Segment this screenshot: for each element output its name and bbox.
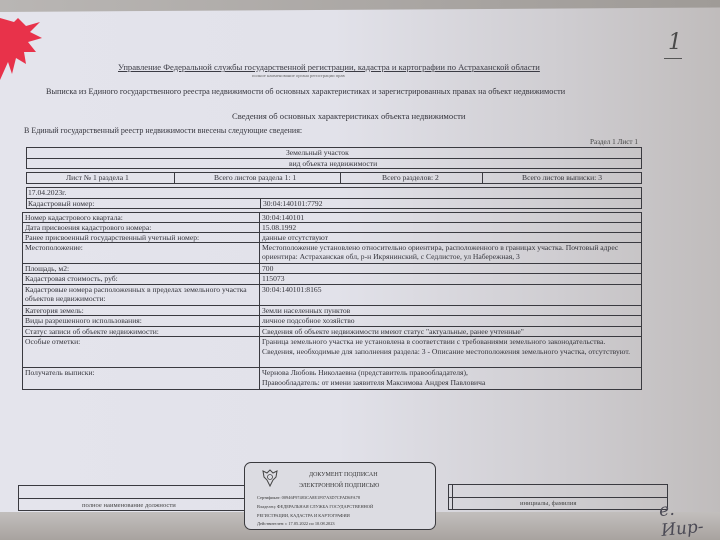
row-label: Дата присвоения кадастрового номера: [25,223,151,232]
extract-date: 17.04.2023г. [28,188,66,197]
stamp-title: ДОКУМЕНТ ПОДПИСАН [309,472,378,478]
position-caption: полное наименование должности [82,502,176,509]
stamp-owner-2: РЕГИСТРАЦИИ, КАДАСТРА И КАРТОГРАФИИ [257,513,350,518]
row-label: Виды разрешенного использования: [25,316,142,325]
row-value: 30:04:140101:8165 [262,285,322,294]
row-label: Кадастровые номера расположенных в преде… [25,285,250,303]
handwritten-note: е. Иир- [658,495,720,540]
row-value: 15.08.1992 [262,223,296,232]
row-value: данные отсутствуют [262,233,328,242]
row-value: 115073 [262,274,285,283]
section-title: Сведения об основных характеристиках объ… [232,111,466,121]
coat-of-arms-icon [261,468,279,488]
row-value: Сведения об объекте недвижимости имеют с… [262,327,524,336]
row-value: личное подсобное хозяйство [262,316,355,325]
row-label: Местоположение: [25,243,83,252]
total-sheets-extract: Всего листов выписки: 3 [522,173,602,182]
handwritten-page-number: 1 [668,30,682,55]
row-value: Местоположение установлено относительно … [262,243,634,261]
row-value: 30:04:140101 [262,213,304,222]
red-sticker-icon [0,18,46,80]
stamp-certificate: Сертификат: 00946F97483CA8E1F07A3D7CFAD6… [257,495,360,500]
cadastral-number-value: 30:04:140101:7792 [263,199,323,208]
row-label: Площадь, м2: [25,264,69,273]
sheet-of-section: Лист № 1 раздела 1 [66,173,129,182]
row-label: Статус записи об объекте недвижимости: [25,327,159,336]
row-value: Земли населенных пунктов [262,306,350,315]
row-label: Ранее присвоенный государственный учетны… [25,233,199,242]
electronic-signature-stamp: ДОКУМЕНТ ПОДПИСАН ЭЛЕКТРОННОЙ ПОДПИСЬЮ С… [244,462,436,530]
row-value: Чернова Любовь Николаевна (представитель… [262,368,522,388]
agency-name: Управление Федеральной службы государств… [118,62,540,72]
object-type: Земельный участок [286,148,349,157]
agency-caption: полное наименование органа регистрации п… [252,73,345,78]
row-value: Граница земельного участка не установлен… [262,337,634,357]
total-sheets-section: Всего листов раздела 1: 1 [214,173,296,182]
stamp-subtitle: ЭЛЕКТРОННОЙ ПОДПИСЬЮ [299,483,379,489]
row-value: 700 [262,264,273,273]
intro-text: В Единый государственный реестр недвижим… [24,126,302,135]
extract-title: Выписка из Единого государственного реес… [46,87,565,96]
row-label: Получатель выписки: [25,368,95,377]
cadastral-number-label: Кадастровый номер: [28,199,94,208]
initials-caption: инициалы, фамилия [520,500,576,507]
stamp-validity: Действителен: с 17.05.2022 по 10.08.2023 [257,521,335,526]
object-type-caption: вид объекта недвижимости [289,159,377,168]
total-sections: Всего разделов: 2 [382,173,439,182]
stamp-owner: Владелец: ФЕДЕРАЛЬНАЯ СЛУЖБА ГОСУДАРСТВЕ… [257,504,373,509]
row-label: Категория земель: [25,306,84,315]
section-sheet-label: Раздел 1 Лист 1 [590,138,638,146]
row-label: Особые отметки: [25,337,80,346]
row-label: Номер кадастрового квартала: [25,213,123,222]
row-label: Кадастровая стоимость, руб: [25,274,118,283]
